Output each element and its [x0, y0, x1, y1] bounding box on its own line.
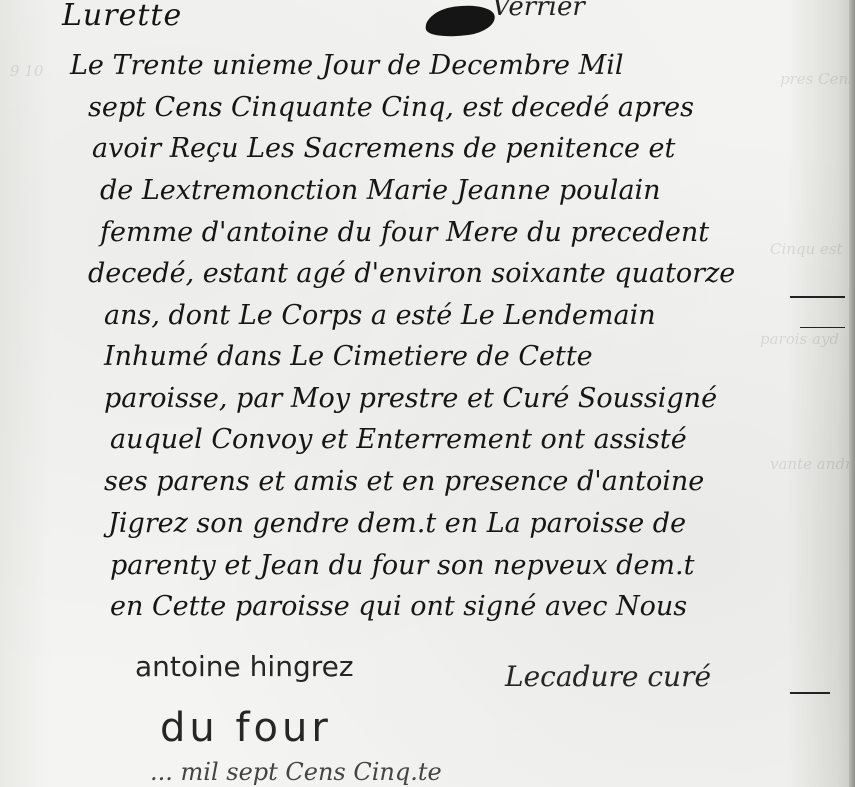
body-line-1: Le Trente unieme Jour de Decembre Mil	[70, 50, 624, 81]
ink-blot	[423, 1, 496, 40]
next-entry-fragment: ... mil sept Cens Cinq.te	[150, 758, 442, 786]
body-line-14: en Cette paroisse qui ont signé avec Nou…	[110, 591, 687, 622]
body-line-6: decedé, estant agé d'environ soixante qu…	[88, 258, 735, 289]
body-line-10: auquel Convoy et Enterrement ont assisté	[110, 424, 687, 455]
bleed-through-text: parois ayd	[760, 330, 839, 348]
body-line-4: de Lextremonction Marie Jeanne poulain	[100, 175, 661, 206]
header-fragment: Verrier	[492, 0, 585, 22]
signature-hingrez: antoine hingrez	[135, 650, 354, 683]
bleed-through-text: 9 10	[10, 62, 43, 80]
margin-name: Lurette	[62, 0, 182, 33]
line-filler-rule	[800, 327, 845, 328]
body-line-3: avoir Reçu Les Sacremens de penitence et	[92, 133, 675, 164]
body-line-5: femme d'antoine du four Mere du preceden…	[100, 217, 709, 248]
signature-du-four: du four	[160, 705, 332, 751]
body-line-2: sept Cens Cinquante Cinq, est decedé apr…	[88, 92, 694, 123]
line-filler-rule	[790, 692, 830, 694]
page-edge	[849, 0, 855, 787]
body-line-12: Jigrez son gendre dem.t en La paroisse d…	[108, 508, 686, 539]
body-line-8: Inhumé dans Le Cimetiere de Cette	[104, 341, 593, 372]
body-line-13: parenty et Jean du four son nepveux dem.…	[110, 550, 694, 581]
body-line-9: paroisse, par Moy prestre et Curé Soussi…	[104, 383, 717, 414]
bleed-through-text: Cinqu est	[770, 240, 843, 258]
bleed-through-text: pres Cens	[780, 70, 855, 88]
signature-cure: Lecadure curé	[505, 660, 711, 693]
bleed-through-text: vante andr	[770, 455, 852, 473]
body-line-7: ans, dont Le Corps a esté Le Lendemain	[104, 300, 656, 331]
line-filler-rule	[790, 296, 845, 298]
manuscript-page: 9 10 pres Cens Cinqu est parois ayd vant…	[0, 0, 855, 787]
body-line-11: ses parens et amis et en presence d'anto…	[104, 466, 704, 497]
